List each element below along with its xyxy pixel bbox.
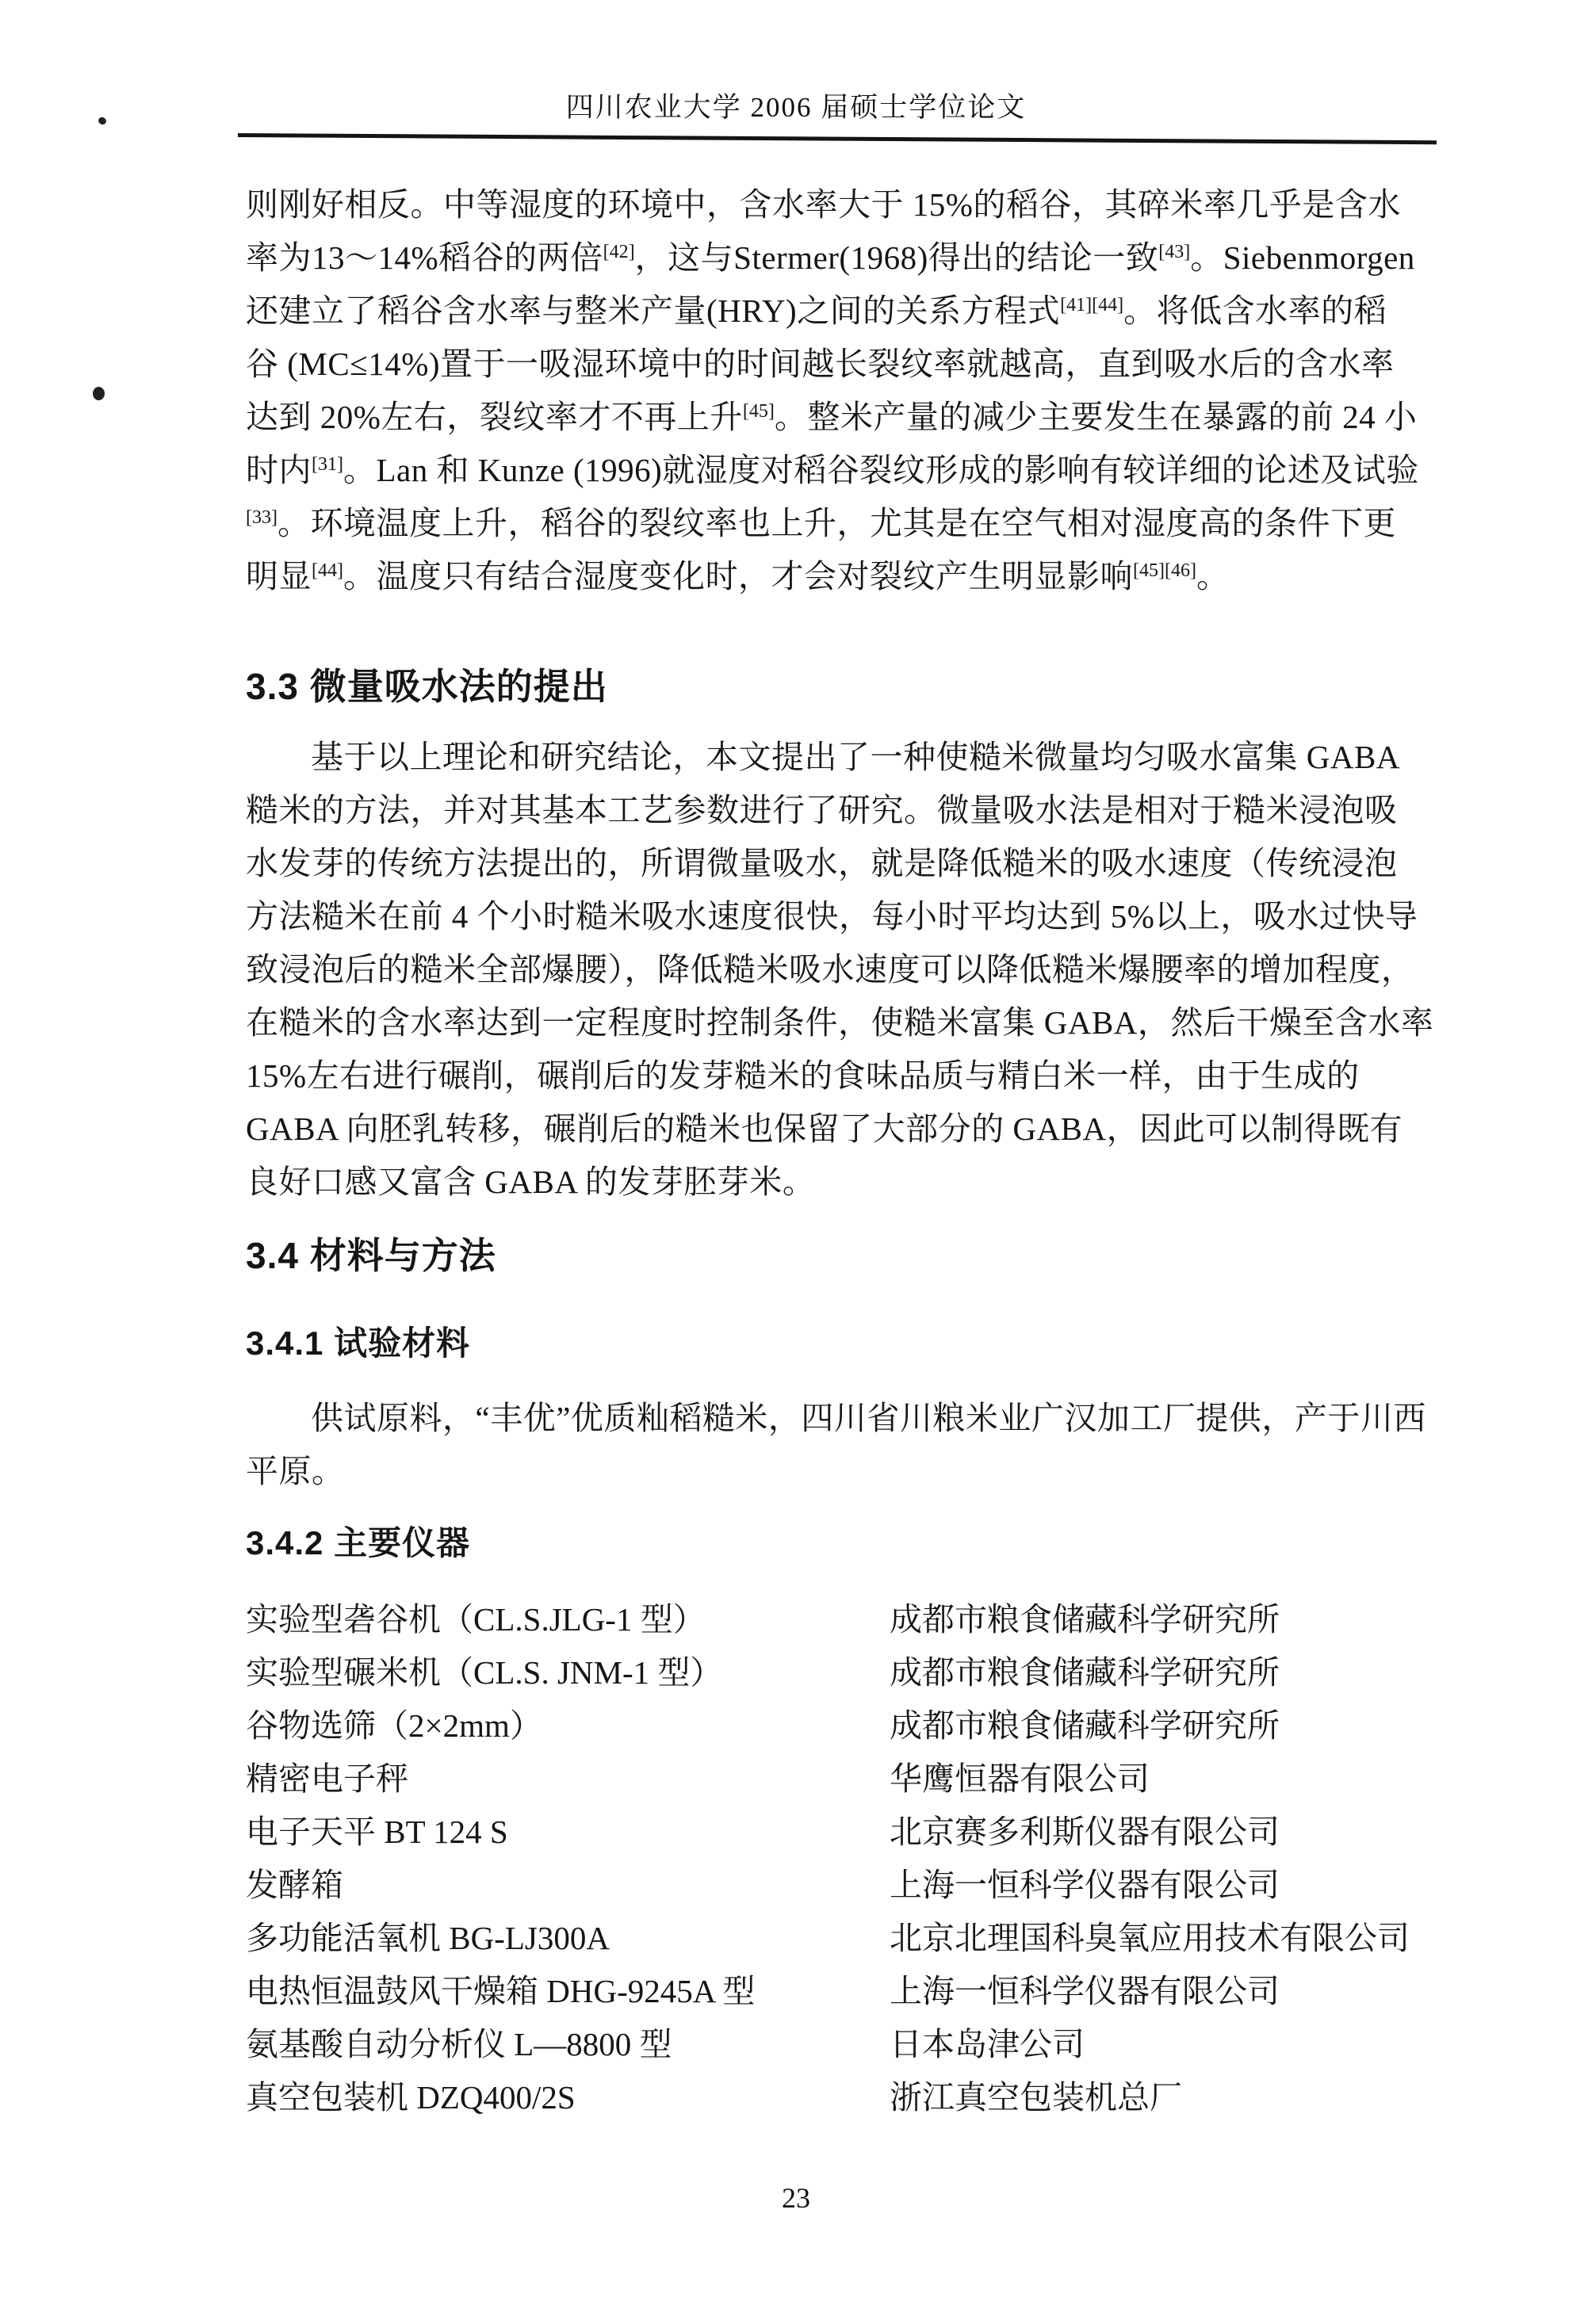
equipment-list: 实验型砻谷机（CL.S.JLG-1 型） 成都市粮食储藏科学研究所 实验型碾米机…	[246, 1593, 1514, 2124]
equipment-row: 发酵箱 上海一恒科学仪器有限公司	[246, 1859, 1514, 1912]
equipment-item: 发酵箱	[246, 1859, 890, 1912]
paragraph-micro-absorption: 基于以上理论和研究结论，本文提出了一种使糙米微量均匀吸水富集 GABA 糙米的方…	[246, 731, 1502, 1209]
equipment-supplier: 日本岛津公司	[890, 2018, 1514, 2071]
section-heading-3-4-1: 3.4.1 试验材料	[246, 1317, 470, 1365]
equipment-row: 实验型碾米机（CL.S. JNM-1 型） 成都市粮食储藏科学研究所	[246, 1646, 1514, 1699]
text-line: 供试原料，“丰优”优质籼稻糙米，四川省川粮米业广汉加工厂提供，产于川西	[246, 1392, 1502, 1445]
equipment-row: 电热恒温鼓风干燥箱 DHG-9245A 型 上海一恒科学仪器有限公司	[246, 1965, 1514, 2018]
text-line: 糙米的方法，并对其基本工艺参数进行了研究。微量吸水法是相对于糙米浸泡吸	[246, 784, 1502, 837]
equipment-supplier: 华鹰恒器有限公司	[890, 1753, 1514, 1806]
header-rule	[238, 133, 1437, 144]
text-line: 水发芽的传统方法提出的，所谓微量吸水，就是降低糙米的吸水速度（传统浸泡	[246, 837, 1502, 890]
equipment-row: 精密电子秤 华鹰恒器有限公司	[246, 1753, 1514, 1806]
page-number: 23	[0, 2181, 1592, 2215]
running-head-title: 四川农业大学 2006 届硕士学位论文	[0, 86, 1592, 125]
paragraph-materials: 供试原料，“丰优”优质籼稻糙米，四川省川粮米业广汉加工厂提供，产于川西 平原。	[246, 1392, 1502, 1498]
text-line: 在糙米的含水率达到一定程度时控制条件，使糙米富集 GABA，然后干燥至含水率	[246, 996, 1502, 1049]
text-line: 基于以上理论和研究结论，本文提出了一种使糙米微量均匀吸水富集 GABA	[246, 731, 1502, 784]
equipment-item: 真空包装机 DZQ400/2S	[246, 2071, 890, 2124]
section-heading-3-3: 3.3 微量吸水法的提出	[246, 658, 608, 710]
equipment-supplier: 上海一恒科学仪器有限公司	[890, 1965, 1514, 2018]
equipment-supplier: 成都市粮食储藏科学研究所	[890, 1593, 1514, 1646]
equipment-supplier: 北京北理国科臭氧应用技术有限公司	[890, 1912, 1514, 1965]
equipment-item: 谷物选筛（2×2mm）	[246, 1699, 890, 1753]
text-line: GABA 向胚乳转移，碾削后的糙米也保留了大部分的 GABA，因此可以制得既有	[246, 1103, 1502, 1156]
equipment-row: 真空包装机 DZQ400/2S 浙江真空包装机总厂	[246, 2071, 1514, 2124]
text-line: 时内[31]。Lan 和 Kunze (1996)就湿度对稻谷裂纹形成的影响有较…	[246, 444, 1502, 497]
text-line: 方法糙米在前 4 个小时糙米吸水速度很快，每小时平均达到 5%以上，吸水过快导	[246, 890, 1502, 943]
equipment-item: 精密电子秤	[246, 1753, 890, 1806]
text-line: 则刚好相反。中等湿度的环境中，含水率大于 15%的稻谷，其碎米率几乎是含水	[246, 178, 1502, 231]
equipment-row: 谷物选筛（2×2mm） 成都市粮食储藏科学研究所	[246, 1699, 1514, 1753]
equipment-row: 氨基酸自动分析仪 L—8800 型 日本岛津公司	[246, 2018, 1514, 2071]
text-line: 15%左右进行碾削，碾削后的发芽糙米的食味品质与精白米一样，由于生成的	[246, 1049, 1502, 1103]
section-heading-3-4: 3.4 材料与方法	[246, 1227, 496, 1279]
text-line: 谷 (MC≤14%)置于一吸湿环境中的时间越长裂纹率就越高，直到吸水后的含水率	[246, 338, 1502, 391]
text-line: 致浸泡后的糙米全部爆腰），降低糙米吸水速度可以降低糙米爆腰率的增加程度，	[246, 943, 1502, 996]
text-line: [33]。环境温度上升，稻谷的裂纹率也上升，尤其是在空气相对湿度高的条件下更	[246, 497, 1502, 550]
equipment-supplier: 上海一恒科学仪器有限公司	[890, 1859, 1514, 1912]
text-line: 达到 20%左右，裂纹率才不再上升[45]。整米产量的减少主要发生在暴露的前 2…	[246, 391, 1502, 444]
equipment-item: 电子天平 BT 124 S	[246, 1806, 890, 1859]
equipment-row: 实验型砻谷机（CL.S.JLG-1 型） 成都市粮食储藏科学研究所	[246, 1593, 1514, 1646]
text-line: 率为13～14%稻谷的两倍[42]，这与Stermer(1968)得出的结论一致…	[246, 231, 1502, 285]
paragraph-moisture-cracking: 则刚好相反。中等湿度的环境中，含水率大于 15%的稻谷，其碎米率几乎是含水 率为…	[246, 178, 1502, 603]
text-line: 平原。	[246, 1445, 1502, 1498]
equipment-supplier: 成都市粮食储藏科学研究所	[890, 1699, 1514, 1753]
equipment-item: 氨基酸自动分析仪 L—8800 型	[246, 2018, 890, 2071]
equipment-item: 电热恒温鼓风干燥箱 DHG-9245A 型	[246, 1965, 890, 2018]
thesis-scan-page: 四川农业大学 2006 届硕士学位论文 则刚好相反。中等湿度的环境中，含水率大于…	[0, 0, 1592, 2324]
text-line: 还建立了稻谷含水率与整米产量(HRY)之间的关系方程式[41][44]。将低含水…	[246, 285, 1502, 338]
equipment-row: 多功能活氧机 BG-LJ300A 北京北理国科臭氧应用技术有限公司	[246, 1912, 1514, 1965]
ink-speck	[93, 387, 105, 400]
text-line: 良好口感又富含 GABA 的发芽胚芽米。	[246, 1156, 1502, 1209]
section-heading-3-4-2: 3.4.2 主要仪器	[246, 1517, 470, 1565]
text-line: 明显[44]。温度只有结合湿度变化时，才会对裂纹产生明显影响[45][46]。	[246, 550, 1502, 603]
equipment-row: 电子天平 BT 124 S 北京赛多利斯仪器有限公司	[246, 1806, 1514, 1859]
equipment-item: 实验型砻谷机（CL.S.JLG-1 型）	[246, 1593, 890, 1646]
equipment-supplier: 北京赛多利斯仪器有限公司	[890, 1806, 1514, 1859]
equipment-supplier: 浙江真空包装机总厂	[890, 2071, 1514, 2124]
equipment-item: 实验型碾米机（CL.S. JNM-1 型）	[246, 1646, 890, 1699]
equipment-supplier: 成都市粮食储藏科学研究所	[890, 1646, 1514, 1699]
equipment-item: 多功能活氧机 BG-LJ300A	[246, 1912, 890, 1965]
